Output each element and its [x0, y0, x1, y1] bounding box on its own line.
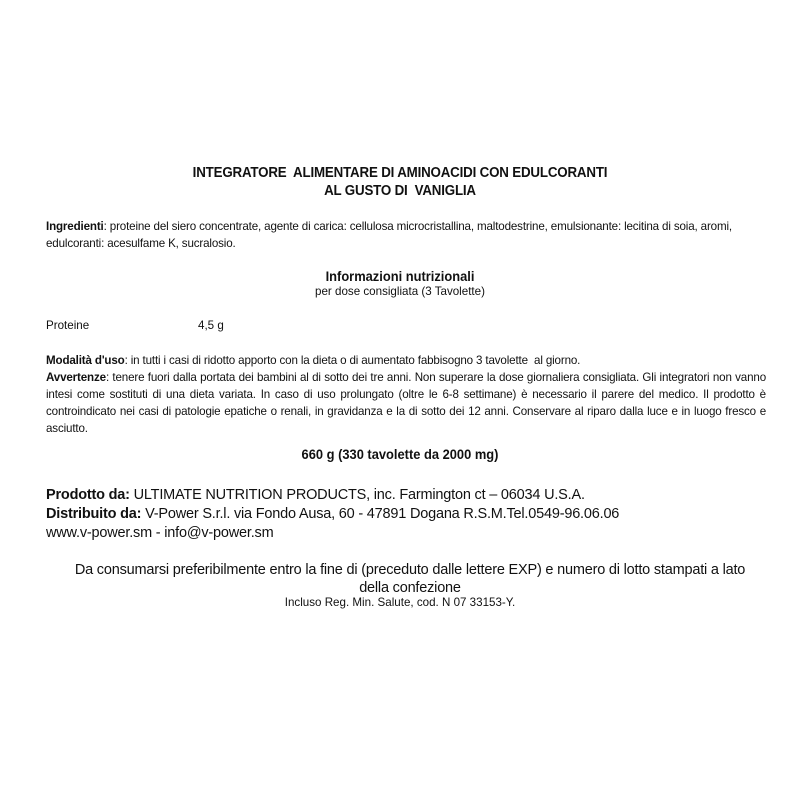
product-title-line1: INTEGRATORE ALIMENTARE DI AMINOACIDI CON…	[32, 164, 768, 182]
nutrition-heading: Informazioni nutrizionali	[32, 268, 768, 284]
producer-label: Prodotto da:	[46, 487, 130, 503]
nutrition-row-value: 4,5 g	[198, 319, 224, 332]
producer-text: ULTIMATE NUTRITION PRODUCTS, inc. Farmin…	[130, 487, 585, 503]
usage-text: : in tutti i casi di ridotto apporto con…	[125, 354, 581, 367]
net-weight: 660 g (330 tavolette da 2000 mg)	[32, 446, 768, 462]
usage-section: Modalità d'uso: in tutti i casi di ridot…	[46, 352, 766, 369]
product-title: INTEGRATORE ALIMENTARE DI AMINOACIDI CON…	[32, 164, 768, 200]
contacts-line: www.v-power.sm - info@v-power.sm	[46, 524, 619, 543]
distributor-text: V-Power S.r.l. via Fondo Ausa, 60 - 4789…	[141, 506, 619, 522]
distributor-line: Distribuito da: V-Power S.r.l. via Fondo…	[46, 505, 619, 524]
ingredients-label: Ingredienti	[46, 220, 104, 233]
usage-label: Modalità d'uso	[46, 354, 125, 367]
warnings-section: Avvertenze: tenere fuori dalla portata d…	[46, 369, 766, 437]
distributor-label: Distribuito da:	[46, 506, 141, 522]
ingredients-section: Ingredienti: proteine del siero concentr…	[46, 218, 766, 252]
warnings-text: : tenere fuori dalla portata dei bambini…	[46, 371, 766, 435]
nutrition-row-label: Proteine	[46, 319, 89, 332]
expiry-notice: Da consumarsi preferibilmente entro la f…	[60, 561, 760, 597]
producer-line: Prodotto da: ULTIMATE NUTRITION PRODUCTS…	[46, 486, 619, 505]
nutrition-subheading: per dose consigliata (3 Tavolette)	[0, 285, 800, 298]
registration-code: Incluso Reg. Min. Salute, cod. N 07 3315…	[0, 596, 800, 609]
manufacturer-block: Prodotto da: ULTIMATE NUTRITION PRODUCTS…	[46, 486, 619, 543]
product-title-line2: AL GUSTO DI VANIGLIA	[32, 182, 768, 200]
warnings-label: Avvertenze	[46, 371, 106, 384]
ingredients-text: : proteine del siero concentrate, agente…	[46, 220, 732, 250]
